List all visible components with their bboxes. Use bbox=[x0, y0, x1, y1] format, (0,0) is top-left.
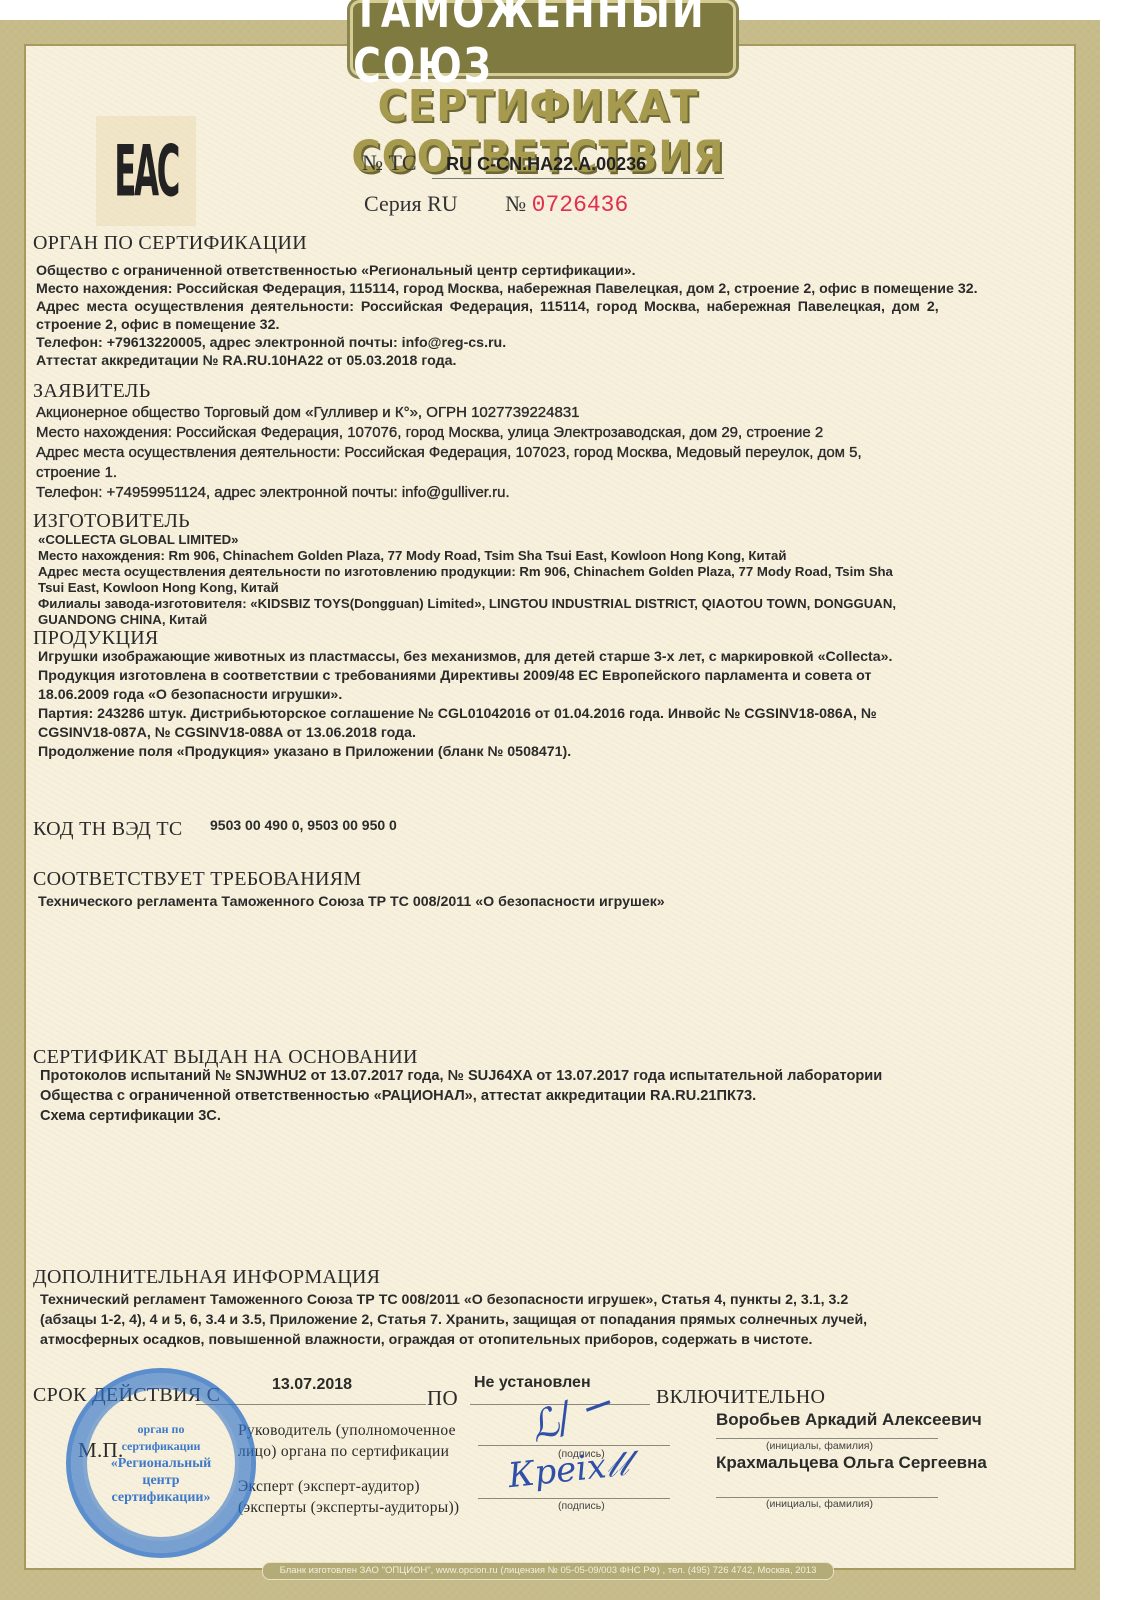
validity-inclusive-label: ВКЛЮЧИТЕЛЬНО bbox=[656, 1386, 825, 1409]
tc-number-row: № ТС RU C-CN.HA22.A.00236 bbox=[362, 150, 646, 176]
product-heading: ПРОДУКЦИЯ bbox=[33, 627, 159, 650]
head-name: Воробьев Аркадий Алексеевич bbox=[716, 1410, 982, 1430]
tc-number: RU C-CN.HA22.A.00236 bbox=[446, 154, 646, 174]
head-role-label: Руководитель (уполномоченное лицо) орган… bbox=[238, 1420, 456, 1462]
head-name-caption: (инициалы, фамилия) bbox=[766, 1440, 873, 1452]
tc-label: № ТС bbox=[362, 150, 417, 175]
certificate-sheet bbox=[0, 20, 1100, 1600]
additional-info-heading: ДОПОЛНИТЕЛЬНАЯ ИНФОРМАЦИЯ bbox=[33, 1266, 380, 1289]
validity-to-label: ПО bbox=[427, 1386, 458, 1411]
tn-ved-value: 9503 00 490 0, 9503 00 950 0 bbox=[210, 816, 397, 834]
applicant-heading: ЗАЯВИТЕЛЬ bbox=[33, 380, 151, 403]
head-name-line bbox=[716, 1438, 938, 1439]
certification-body-text: Общество с ограниченной ответственностью… bbox=[36, 262, 1036, 370]
validity-from-date: 13.07.2018 bbox=[272, 1376, 352, 1394]
issued-basis-text: Протоколов испытаний № SNJWHU2 от 13.07.… bbox=[40, 1066, 1040, 1126]
certification-body-heading: ОРГАН ПО СЕРТИФИКАЦИИ bbox=[33, 232, 307, 255]
manufacturer-heading: ИЗГОТОВИТЕЛЬ bbox=[33, 510, 190, 533]
customs-union-banner: ТАМОЖЕННЫЙ СОЮЗ bbox=[350, 0, 736, 76]
product-text: Игрушки изображающие животных из пластма… bbox=[38, 648, 1038, 762]
customs-union-title: ТАМОЖЕННЫЙ СОЮЗ bbox=[353, 0, 733, 93]
additional-info-text: Технический регламент Таможенного Союза … bbox=[40, 1290, 1040, 1350]
expert-signature-line bbox=[478, 1498, 670, 1499]
form-printer-footer: Бланк изготовлен ЗАО "ОПЦИОН", www.opcio… bbox=[262, 1562, 834, 1580]
series-label: Серия RU bbox=[364, 191, 458, 216]
series-row: Серия RU № 0726436 bbox=[364, 191, 628, 218]
eac-logo-icon: ЕАС bbox=[96, 116, 196, 226]
certification-body-stamp-icon: орган по сертификации «Региональный цент… bbox=[66, 1368, 256, 1558]
expert-name: Крахмальцева Ольга Сергеевна bbox=[716, 1453, 987, 1473]
conforms-text: Технического регламента Таможенного Союз… bbox=[38, 893, 665, 911]
conforms-heading: СООТВЕТСТВУЕТ ТРЕБОВАНИЯМ bbox=[33, 868, 361, 891]
head-signature-line bbox=[478, 1445, 670, 1446]
expert-role-label: Эксперт (эксперт-аудитор) (эксперты (экс… bbox=[238, 1476, 459, 1518]
serial-number: 0726436 bbox=[532, 192, 629, 218]
tn-ved-heading: КОД ТН ВЭД ТС bbox=[33, 818, 183, 841]
applicant-text: Акционерное общество Торговый дом «Гулли… bbox=[36, 403, 1036, 503]
manufacturer-text: «COLLECTA GLOBAL LIMITED» Место нахожден… bbox=[38, 532, 1038, 628]
expert-signature-caption: (подпись) bbox=[558, 1500, 605, 1512]
expert-name-caption: (инициалы, фамилия) bbox=[766, 1498, 873, 1510]
serial-no-label: № bbox=[505, 191, 526, 216]
tc-underline bbox=[432, 178, 724, 179]
